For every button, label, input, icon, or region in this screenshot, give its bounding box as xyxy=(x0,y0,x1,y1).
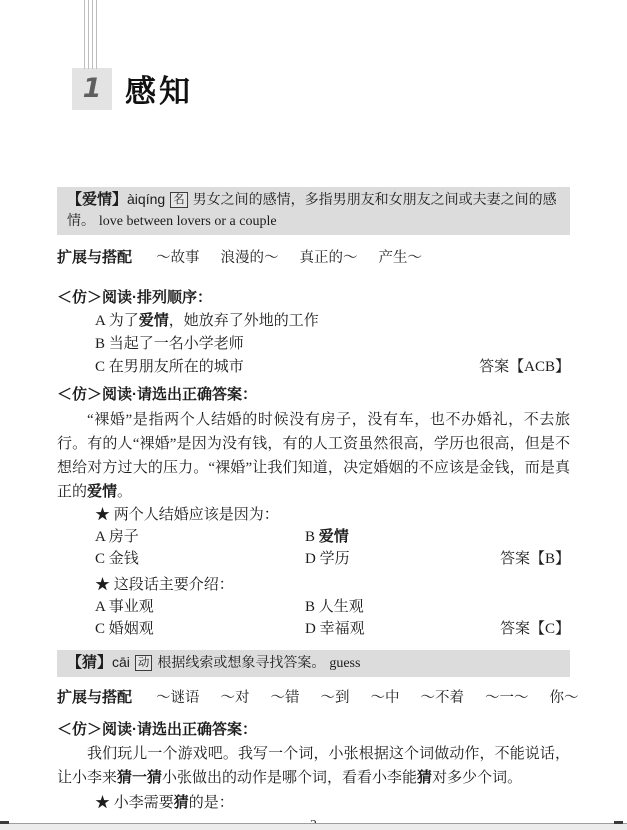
ordering-item-b: B 当起了一名小学老师 xyxy=(95,333,570,356)
text-segment: C 在男朋友所在的城市 xyxy=(95,359,244,375)
text-segment: ★ 这段话主要介绍： xyxy=(95,577,234,593)
collocation-item: ～谜语 xyxy=(156,690,200,706)
text-segment: A 为了 xyxy=(95,313,139,329)
option-row: C 金钱 D 学历 答案【B】 xyxy=(95,548,570,570)
ordering-item-text: C 在男朋友所在的城市 xyxy=(95,356,244,379)
text-segment: B 人生观 xyxy=(305,599,364,615)
crop-mark-right xyxy=(614,821,623,824)
text-segment: A 房子 xyxy=(95,529,139,545)
option-b: B 爱情 xyxy=(305,526,570,548)
text-segment: C 金钱 xyxy=(95,551,139,567)
pinyin: àiqíng xyxy=(127,191,165,207)
exercise-heading-reading-1: ＜仿＞阅读·请选出正确答案： xyxy=(57,384,627,405)
chapter-number-box: 1 xyxy=(72,68,112,110)
ordering-item-text: B 当起了一名小学老师 xyxy=(95,333,244,356)
option-row: A 房子 B 爱情 xyxy=(95,526,570,548)
text-segment: ★ 两个人结婚应该是因为： xyxy=(95,507,279,523)
text-segment: 对多少个词。 xyxy=(432,770,522,786)
ordering-item-c: C 在男朋友所在的城市 答案【ACB】 xyxy=(95,356,570,379)
collocation-item: ～不着 xyxy=(421,690,465,706)
vocab-entry-aiqing: 【爱情】àiqíng名男女之间的感情，多指男朋友和女朋友之间或夫妻之间的感情。 … xyxy=(57,187,570,235)
definition-en: love between lovers or a couple xyxy=(99,214,277,229)
option-d: D 学历 xyxy=(305,548,500,570)
collocation-item: 产生～ xyxy=(379,250,423,266)
answer-key: 答案【B】 xyxy=(500,548,570,570)
bold-term: 猜 xyxy=(417,770,432,786)
bold-term: 爱情 xyxy=(87,484,117,500)
part-of-speech-badge: 名 xyxy=(170,192,188,208)
text-segment: A 事业观 xyxy=(95,599,154,615)
text-segment: B xyxy=(305,529,319,545)
option-row: C 婚姻观 D 幸福观 答案【C】 xyxy=(95,618,570,640)
chapter-header: 1 感知 xyxy=(72,0,627,111)
reading-passage-luohun: “裸婚”是指两个人结婚的时候没有房子，没有车，也不办婚礼，不去旅行。有的人“裸婚… xyxy=(57,408,570,504)
question-stem-2: ★ 这段话主要介绍： xyxy=(95,574,570,596)
text-segment: “裸婚”是指两个人结婚的时候没有房子，没有车，也不办婚礼，不去旅行。有的人“裸婚… xyxy=(57,412,570,500)
headword: 【爱情】 xyxy=(67,191,127,208)
vocab-entry-cai: 【猜】cāi动根据线索或想象寻找答案。 guess xyxy=(57,650,570,677)
collocation-item: ～中 xyxy=(371,690,400,706)
text-segment: B 当起了一名小学老师 xyxy=(95,336,244,352)
reading-passage-game: 我们玩儿一个游戏吧。我写一个词，小张根据这个词做动作，不能说话，让小李来猜一猜小… xyxy=(57,742,570,790)
decorative-lines xyxy=(84,0,99,69)
definition-cn: 根据线索或想象寻找答案。 xyxy=(157,654,325,670)
option-a: A 房子 xyxy=(95,526,305,548)
chapter-title: 感知 xyxy=(125,66,193,111)
exercise-heading-reading-2: ＜仿＞阅读·请选出正确答案： xyxy=(57,719,627,740)
collocation-list: ～谜语～对～错～到～中～不着～一～你～ xyxy=(156,689,600,706)
collocation-label: 扩展与搭配 xyxy=(57,689,132,706)
text-segment: ，她放弃了外地的工作 xyxy=(169,313,319,329)
option-c: C 金钱 xyxy=(95,548,305,570)
ordering-item-text: A 为了爱情，她放弃了外地的工作 xyxy=(95,310,319,333)
page-bottom-edge xyxy=(0,823,627,830)
collocation-item: ～故事 xyxy=(156,250,200,266)
text-segment: D 学历 xyxy=(305,551,350,567)
option-b: B 人生观 xyxy=(305,596,570,618)
option-c: C 婚姻观 xyxy=(95,618,305,640)
ordering-exercise-items: A 为了爱情，她放弃了外地的工作 B 当起了一名小学老师 C 在男朋友所在的城市… xyxy=(95,310,570,379)
collocation-item: 浪漫的～ xyxy=(221,250,279,266)
collocation-label: 扩展与搭配 xyxy=(57,249,132,266)
collocation-row: 扩展与搭配～故事浪漫的～真正的～产生～ xyxy=(57,247,570,269)
headword: 【猜】 xyxy=(67,654,112,671)
bold-term: 爱情 xyxy=(139,313,169,329)
question-stem-3: ★ 小李需要猜的是： xyxy=(95,792,570,814)
ordering-item-a: A 为了爱情，她放弃了外地的工作 xyxy=(95,310,570,333)
option-row: A 事业观 B 人生观 xyxy=(95,596,570,618)
bold-term: 爱情 xyxy=(319,529,349,545)
text-segment: 。 xyxy=(117,484,132,500)
definition-en: guess xyxy=(329,656,360,671)
collocation-row: 扩展与搭配～谜语～对～错～到～中～不着～一～你～ xyxy=(57,687,570,709)
crop-mark-left xyxy=(0,821,9,824)
collocation-item: 你～ xyxy=(550,690,579,706)
answer-key: 答案【C】 xyxy=(500,618,570,640)
collocation-list: ～故事浪漫的～真正的～产生～ xyxy=(156,249,443,266)
question-stem-1: ★ 两个人结婚应该是因为： xyxy=(95,504,570,526)
collocation-item: ～一～ xyxy=(485,690,529,706)
collocation-item: ～错 xyxy=(271,690,300,706)
option-a: A 事业观 xyxy=(95,596,305,618)
bold-term: 猜 xyxy=(174,795,189,811)
collocation-item: 真正的～ xyxy=(300,250,358,266)
bold-term: 猜一猜 xyxy=(117,770,162,786)
answer-key: 答案【ACB】 xyxy=(479,356,570,379)
text-segment: ★ 小李需要 xyxy=(95,795,174,811)
option-d: D 幸福观 xyxy=(305,618,500,640)
text-segment: D 幸福观 xyxy=(305,621,365,637)
text-segment: 的是： xyxy=(189,795,234,811)
pinyin: cāi xyxy=(112,654,130,670)
text-segment: 小张做出的动作是哪个词，看看小李能 xyxy=(162,770,417,786)
collocation-item: ～到 xyxy=(321,690,350,706)
text-segment: C 婚姻观 xyxy=(95,621,154,637)
collocation-item: ～对 xyxy=(221,690,250,706)
chapter-number: 1 xyxy=(83,73,102,104)
part-of-speech-badge: 动 xyxy=(135,655,153,671)
exercise-heading-ordering: ＜仿＞阅读·排列顺序： xyxy=(57,287,627,308)
